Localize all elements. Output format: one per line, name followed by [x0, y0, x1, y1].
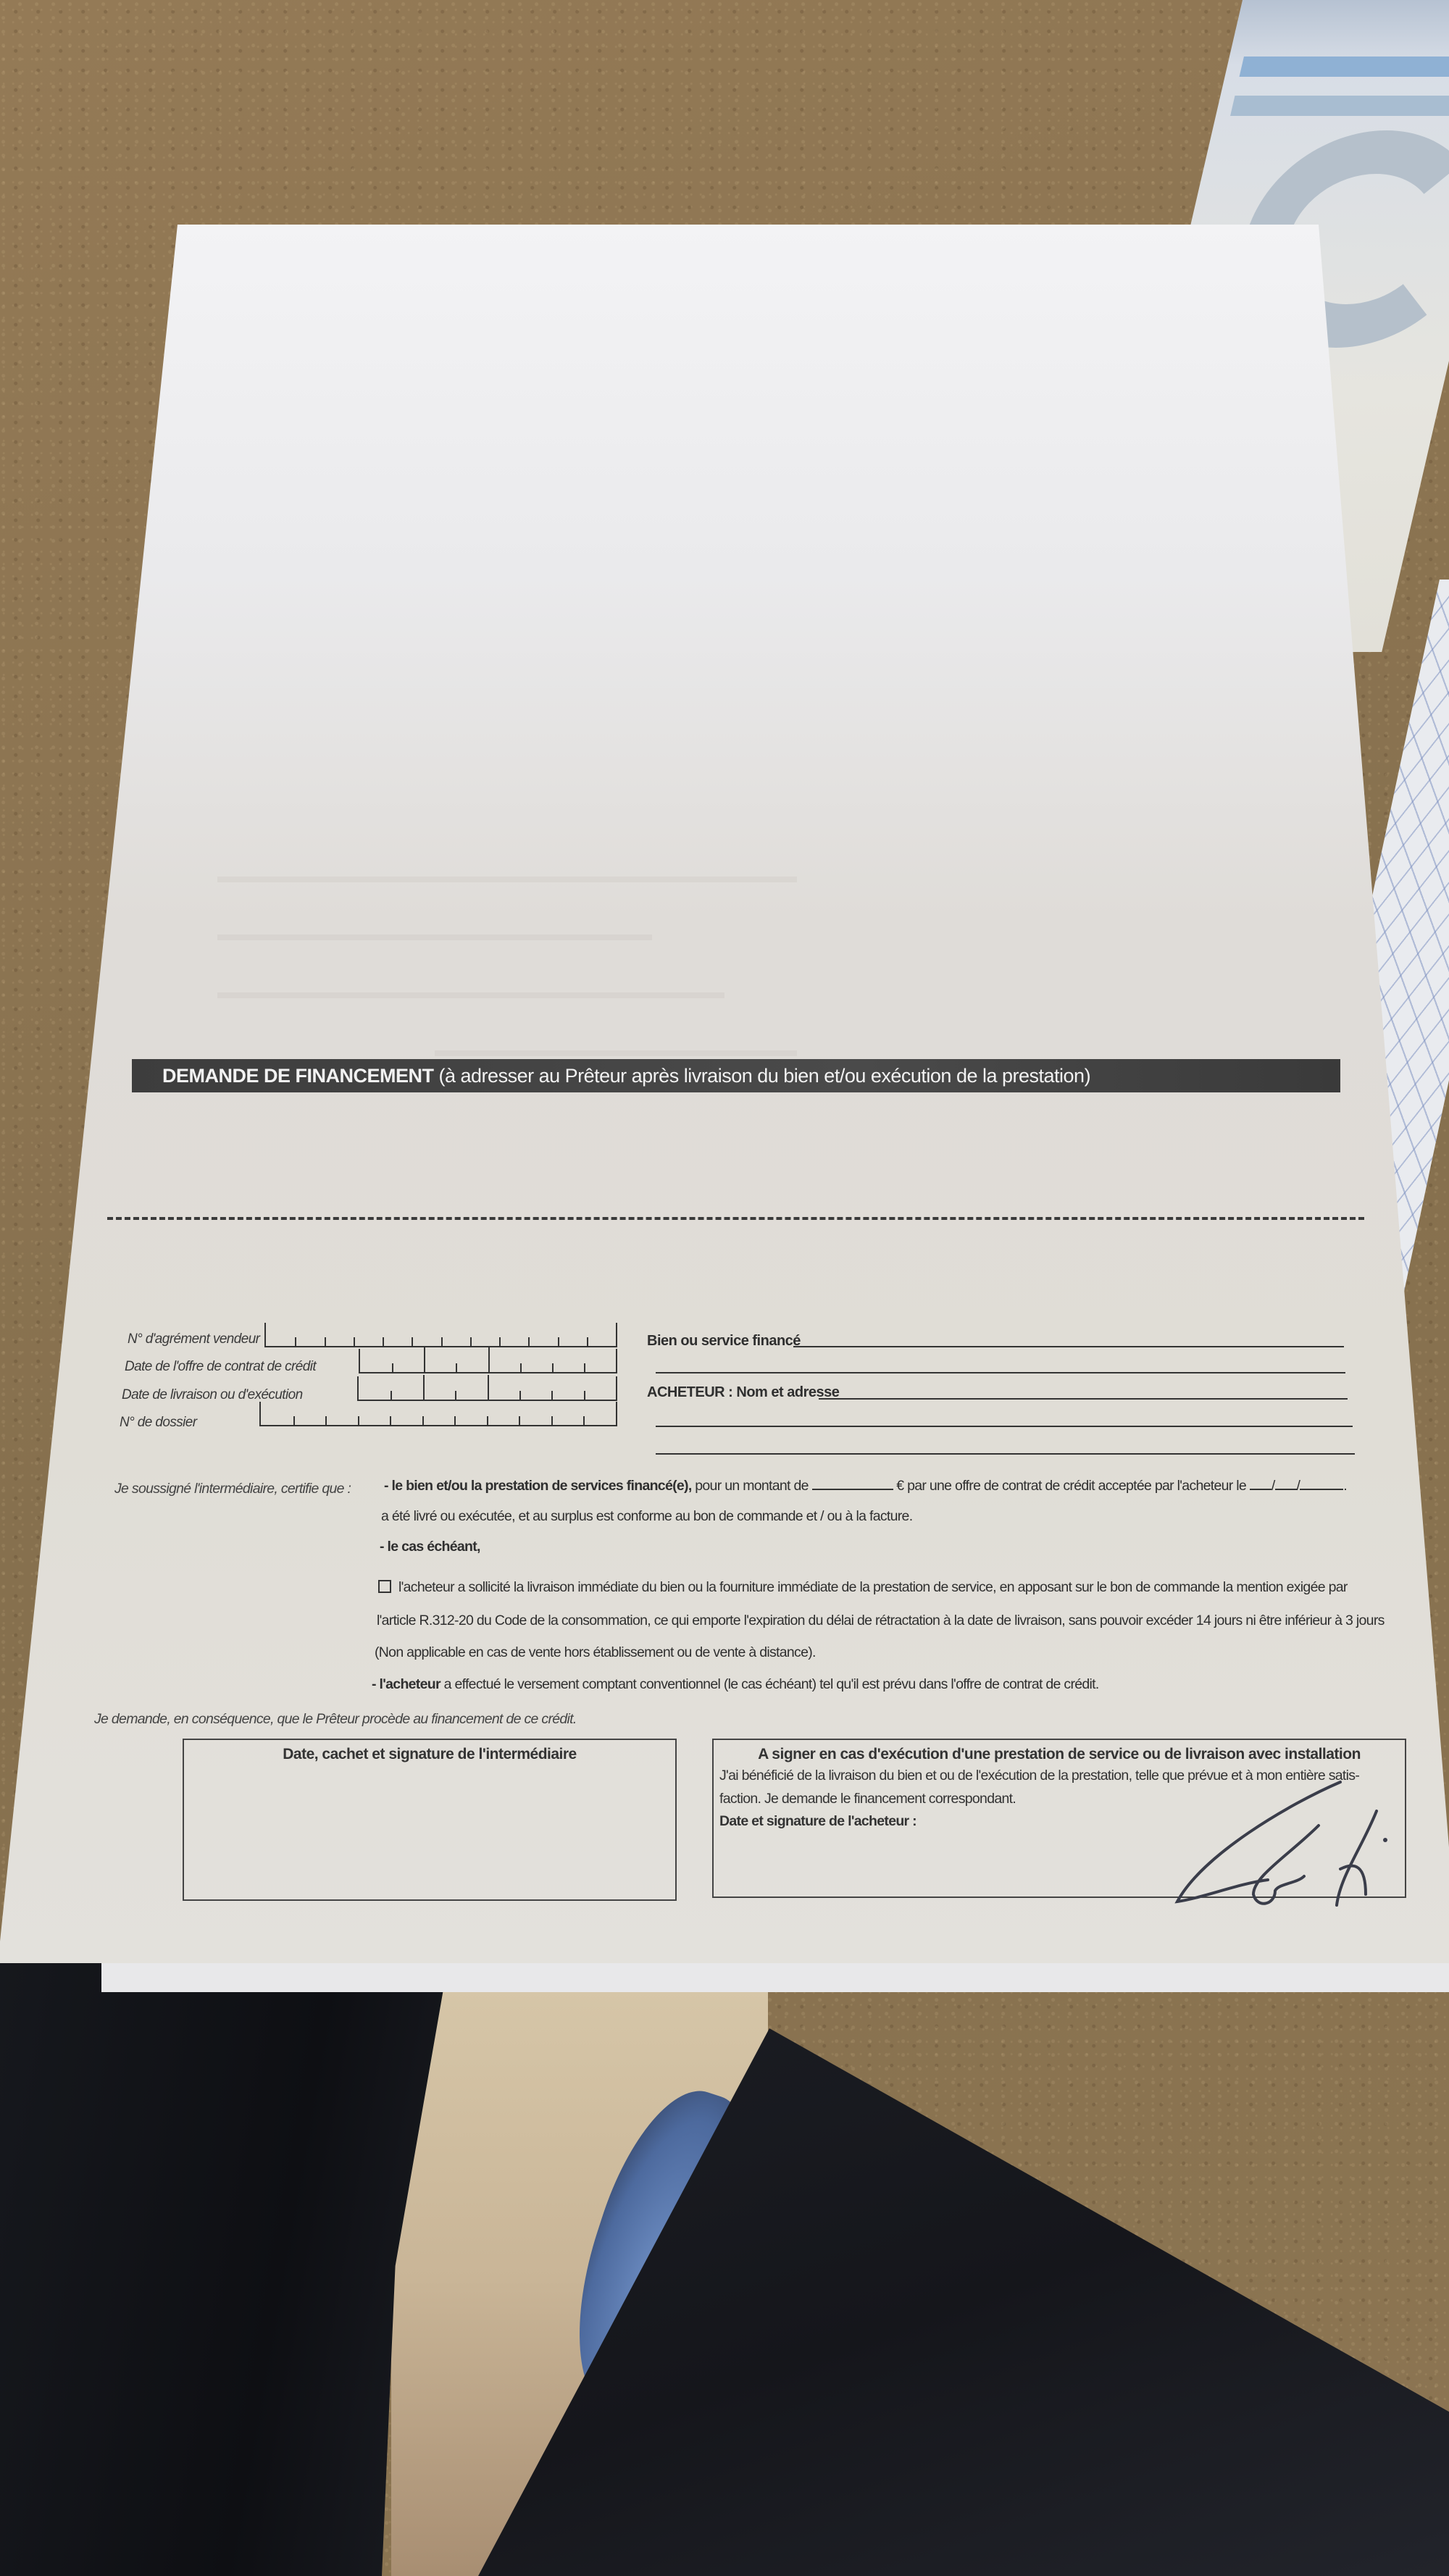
- certify-line-1-bold: - le bien et/ou la prestation de service…: [384, 1478, 692, 1494]
- label-buyer-name-address: ACHETEUR : Nom et adresse: [647, 1384, 839, 1401]
- certify-intro: Je soussigné l'intermédiaire, certifie q…: [114, 1481, 351, 1497]
- intermediary-signature-box[interactable]: Date, cachet et signature de l'intermédi…: [183, 1739, 677, 1901]
- certify-line-1: - le bien et/ou la prestation de service…: [384, 1478, 1347, 1494]
- banner-title: DEMANDE DE FINANCEMENT: [162, 1065, 434, 1087]
- certify-line-1-a: pour un montant de: [692, 1478, 812, 1494]
- acceptance-month-field[interactable]: [1275, 1479, 1297, 1490]
- label-offer-date: Date de l'offre de contrat de crédit: [125, 1359, 316, 1375]
- label-vendor-number: N° d'agrément vendeur: [128, 1331, 259, 1347]
- immediate-delivery-checkbox[interactable]: [378, 1580, 391, 1593]
- left-leg: [0, 1956, 449, 2576]
- immediate-delivery-clause: l'acheteur a sollicité la livraison immé…: [378, 1579, 1348, 1596]
- label-financed-item: Bien ou service financé: [647, 1333, 801, 1350]
- buyer-address-line3[interactable]: [656, 1453, 1355, 1455]
- vendor-number-field[interactable]: [264, 1323, 617, 1347]
- buyer-signature: [1159, 1768, 1406, 1912]
- intermediary-box-title: Date, cachet et signature de l'intermédi…: [184, 1746, 675, 1763]
- acceptance-day-field[interactable]: [1250, 1479, 1271, 1490]
- buyer-address-line2[interactable]: [656, 1426, 1353, 1427]
- certify-line-7-rest: a effectué le versement comptant convent…: [440, 1676, 1099, 1692]
- label-delivery-date: Date de livraison ou d'exécution: [122, 1387, 303, 1403]
- certify-line-7-bold: - l'acheteur: [372, 1676, 440, 1692]
- financed-item-field[interactable]: [793, 1346, 1344, 1347]
- buyer-box-title: A signer en cas d'exécution d'une presta…: [714, 1746, 1405, 1763]
- delivery-date-field[interactable]: [357, 1376, 617, 1401]
- certify-line-1-b: € par une offre de contrat de crédit acc…: [893, 1478, 1250, 1494]
- acceptance-year-field[interactable]: [1300, 1479, 1343, 1490]
- amount-field[interactable]: [812, 1479, 893, 1490]
- certify-line-3: - le cas échéant,: [380, 1539, 480, 1555]
- certify-line-5: l'article R.312-20 du Code de la consomm…: [377, 1613, 1385, 1629]
- financing-request-text: Je demande, en conséquence, que le Prête…: [94, 1711, 577, 1728]
- banner-subtitle: (à adresser au Prêteur après livraison d…: [434, 1065, 1091, 1087]
- financed-item-field-line2[interactable]: [656, 1372, 1345, 1373]
- cut-line: [107, 1217, 1364, 1220]
- label-file-number: N° de dossier: [120, 1415, 196, 1431]
- certify-line-2: a été livré ou exécutée, et au surplus e…: [381, 1508, 912, 1525]
- file-number-field[interactable]: [259, 1402, 617, 1426]
- certify-line-7: - l'acheteur a effectué le versement com…: [372, 1676, 1099, 1693]
- offer-date-field[interactable]: [359, 1349, 617, 1373]
- form-banner: DEMANDE DE FINANCEMENT (à adresser au Pr…: [132, 1059, 1340, 1092]
- immediate-delivery-text: l'acheteur a sollicité la livraison immé…: [398, 1579, 1348, 1595]
- certify-line-6: (Non applicable en cas de vente hors éta…: [375, 1644, 816, 1661]
- document-sheet: [0, 225, 1449, 1963]
- buyer-name-address-field[interactable]: [819, 1398, 1348, 1400]
